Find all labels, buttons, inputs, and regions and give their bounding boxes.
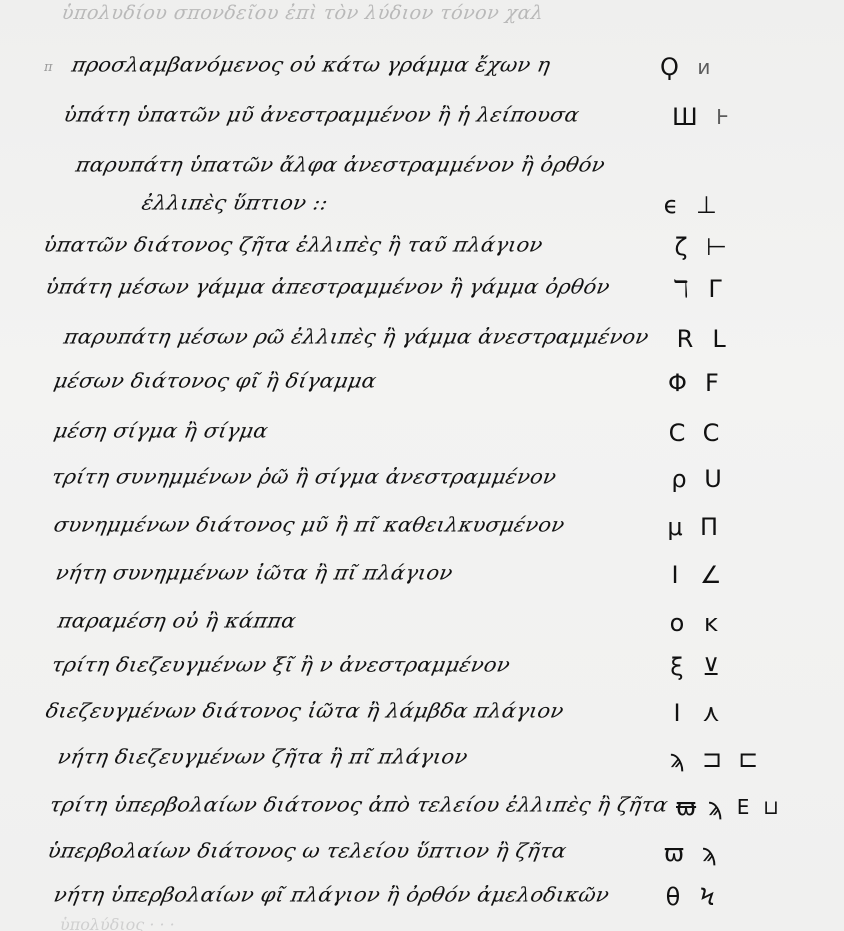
- vocal-note-symbol: ϡ: [706, 792, 724, 822]
- instrumental-note-symbol: L: [710, 324, 728, 354]
- notation-symbols: o ĸ: [668, 606, 720, 640]
- line-text: μέση σίγμα ἢ σίγμα: [51, 417, 270, 446]
- bleed-through-header: ὑπολυδίου σπονδεῖου ἐπὶ τὸν λύδιον τόνον…: [60, 2, 545, 24]
- instrumental-note-symbol: ⊐: [702, 744, 722, 774]
- bleed-through-footer: ὑπολύδιος · · ·: [60, 915, 175, 931]
- notation-symbols: Ш Ⱶ: [672, 100, 732, 134]
- manuscript-line: τρίτη διεζευγμένων ξῖ ἢ ν ἀνεστραμμένον …: [0, 650, 844, 688]
- instrumental-note-symbol: ⊻: [702, 652, 720, 682]
- line-text: προσλαμβανόμενος οὐ κάτω γράμμα ἔχων η: [69, 51, 552, 80]
- vocal-note-symbol: ζ: [672, 232, 690, 262]
- instrumental-note-symbol: Ⱶ: [714, 102, 732, 132]
- vocal-note-symbol: I: [666, 560, 684, 590]
- line-text: συνημμένων διάτονος μῦ ἢ πῖ καθειλκυσμέν…: [51, 511, 566, 540]
- notation-symbols: ρ U: [670, 462, 722, 496]
- line-text: ὑπάτη ὑπατῶν μῦ ἀνεστραμμένον ἢ ἡ λείπου…: [61, 101, 581, 130]
- line-text: τρίτη συνημμένων ῥῶ ἢ σίγμα ἀνεστραμμένο…: [49, 463, 558, 492]
- alternate-note-symbol: ⊏: [738, 744, 758, 774]
- line-text: ὑπερβολαίων διάτονος ω τελείου ὕπτιον ἢ …: [45, 837, 568, 866]
- notation-symbols: Ϙ ᴎ: [660, 50, 713, 84]
- instrumental-note-symbol: U: [704, 464, 722, 494]
- line-text: ἐλλιπὲς ὕπτιον ::: [139, 189, 330, 218]
- vocal-note-symbol: ϡ: [668, 744, 686, 774]
- manuscript-line: νήτη ὑπερβολαίων φῖ πλάγιον ἢ ὀρθόν ἀμελ…: [0, 880, 844, 918]
- notation-symbols: I ∠: [666, 558, 722, 592]
- manuscript-line: νήτη συνημμένων ἰῶτα ἢ πῖ πλάγιον I ∠: [0, 558, 844, 596]
- vocal-note-symbol: R: [676, 324, 694, 354]
- line-text: νήτη ὑπερβολαίων φῖ πλάγιον ἢ ὀρθόν ἀμελ…: [51, 881, 611, 910]
- manuscript-page: ὑπολυδίου σπονδεῖου ἐπὶ τὸν λύδιον τόνον…: [0, 0, 844, 931]
- notation-symbols: ϵ ⊥: [662, 188, 717, 222]
- instrumental-note-symbol: ⋏: [702, 698, 720, 728]
- vocal-note-symbol: Ϙ: [660, 52, 679, 82]
- notation-symbols: I ⋏: [668, 696, 720, 730]
- vocal-note-symbol: Ш: [672, 102, 698, 132]
- line-text: νήτη διεζευγμένων ζῆτα ἢ πῖ πλάγιον: [55, 743, 470, 772]
- struck-note-symbol: ϖ: [676, 792, 696, 822]
- notation-symbols: ϖ ϡ E ⊔: [676, 790, 780, 824]
- instrumental-note-symbol: ĸ: [702, 608, 720, 638]
- notation-symbols: Φ F: [668, 366, 721, 400]
- line-text: ὑπατῶν διάτονος ζῆτα ἐλλιπὲς ἢ ταῦ πλάγι…: [41, 231, 545, 260]
- bleed-through-text: ὑπολυδίου σπονδεῖου ἐπὶ τὸν λύδιον τόνον…: [60, 2, 545, 24]
- manuscript-line: ὑπάτη ὑπατῶν μῦ ἀνεστραμμένον ἢ ἡ λείπου…: [0, 100, 844, 138]
- notation-symbols: θ Ϟ: [664, 880, 716, 914]
- alternate-note-symbol: ⊔: [762, 792, 780, 822]
- manuscript-line: ὑπερβολαίων διάτονος ω τελείου ὕπτιον ἢ …: [0, 836, 844, 874]
- vocal-note-symbol: I: [668, 698, 686, 728]
- line-text: τρίτη διεζευγμένων ξῖ ἢ ν ἀνεστραμμένον: [49, 651, 512, 680]
- notation-symbols: R L: [676, 322, 728, 356]
- manuscript-line: συνημμένων διάτονος μῦ ἢ πῖ καθειλκυσμέν…: [0, 510, 844, 548]
- vocal-note-symbol: ℸ: [672, 274, 690, 304]
- manuscript-line: παρυπάτη μέσων ρῶ ἐλλιπὲς ἢ γάμμα ἀνεστρ…: [0, 322, 844, 360]
- vocal-note-symbol: μ: [666, 512, 684, 542]
- notation-symbols: ϡ ⊐ ⊏: [668, 742, 758, 776]
- line-text: παρυπάτη μέσων ρῶ ἐλλιπὲς ἢ γάμμα ἀνεστρ…: [61, 323, 651, 352]
- manuscript-line: παρυπάτη ὑπατῶν ἄλφα ἀνεστραμμένον ἢ ὀρθ…: [0, 150, 844, 188]
- notation-symbols: μ Π: [666, 510, 718, 544]
- instrumental-note-symbol: Ϟ: [698, 882, 716, 912]
- manuscript-line: παραμέση οὐ ἢ κάππα o ĸ: [0, 606, 844, 644]
- line-text: παρυπάτη ὑπατῶν ἄλφα ἀνεστραμμένον ἢ ὀρθ…: [73, 151, 607, 180]
- instrumental-note-symbol: ᴎ: [695, 52, 713, 82]
- vocal-note-symbol: ϖ: [664, 838, 684, 868]
- manuscript-line: τρίτη ὑπερβολαίων διάτονος ἀπὸ τελείου ἐ…: [0, 790, 844, 828]
- instrumental-note-symbol: ⊢: [706, 232, 727, 262]
- instrumental-note-symbol: ⊥: [696, 190, 717, 220]
- vocal-note-symbol: o: [668, 608, 686, 638]
- manuscript-line: τρίτη συνημμένων ῥῶ ἢ σίγμα ἀνεστραμμένο…: [0, 462, 844, 500]
- vocal-note-symbol: ρ: [670, 464, 688, 494]
- line-text: τρίτη ὑπερβολαίων διάτονος ἀπὸ τελείου ἐ…: [47, 791, 670, 820]
- manuscript-line: νήτη διεζευγμένων ζῆτα ἢ πῖ πλάγιον ϡ ⊐ …: [0, 742, 844, 780]
- notation-symbols: ζ ⊢: [672, 230, 727, 264]
- manuscript-line: ὑπατῶν διάτονος ζῆτα ἐλλιπὲς ἢ ταῦ πλάγι…: [0, 230, 844, 268]
- vocal-note-symbol: Φ: [668, 368, 687, 398]
- instrumental-note-symbol: ∠: [700, 560, 722, 590]
- notation-symbols: ϖ ϡ: [664, 836, 718, 870]
- manuscript-line: προσλαμβανόμενος οὐ κάτω γράμμα ἔχων η Ϙ…: [0, 50, 844, 88]
- line-text: μέσων διάτονος φῖ ἢ δίγαμμα: [51, 367, 378, 396]
- instrumental-note-symbol: E: [734, 792, 752, 822]
- manuscript-line: μέσων διάτονος φῖ ἢ δίγαμμα Φ F: [0, 366, 844, 404]
- line-text: παραμέση οὐ ἢ κάππα: [55, 607, 298, 636]
- notation-symbols: ℸ Γ: [672, 272, 724, 306]
- instrumental-note-symbol: Γ: [706, 274, 724, 304]
- line-text: ὑπάτη μέσων γάμμα ἀπεστραμμένον ἢ γάμμα …: [43, 273, 612, 302]
- manuscript-line: διεζευγμένων διάτονος ἰῶτα ἢ λάμβδα πλάγ…: [0, 696, 844, 734]
- vocal-note-symbol: ξ: [668, 652, 686, 682]
- manuscript-line: μέση σίγμα ἢ σίγμα C C: [0, 416, 844, 454]
- notation-symbols: C C: [668, 416, 720, 450]
- vocal-note-symbol: ϵ: [662, 190, 680, 220]
- manuscript-line: ἐλλιπὲς ὕπτιον :: ϵ ⊥: [0, 188, 844, 226]
- line-text: διεζευγμένων διάτονος ἰῶτα ἢ λάμβδα πλάγ…: [43, 697, 566, 726]
- notation-symbols: ξ ⊻: [668, 650, 720, 684]
- vocal-note-symbol: θ: [664, 882, 682, 912]
- line-text: νήτη συνημμένων ἰῶτα ἢ πῖ πλάγιον: [53, 559, 454, 588]
- vocal-note-symbol: C: [668, 418, 686, 448]
- instrumental-note-symbol: ϡ: [700, 838, 718, 868]
- manuscript-line: ὑπάτη μέσων γάμμα ἀπεστραμμένον ἢ γάμμα …: [0, 272, 844, 310]
- instrumental-note-symbol: Π: [700, 512, 718, 542]
- instrumental-note-symbol: C: [702, 418, 720, 448]
- instrumental-note-symbol: F: [703, 368, 721, 398]
